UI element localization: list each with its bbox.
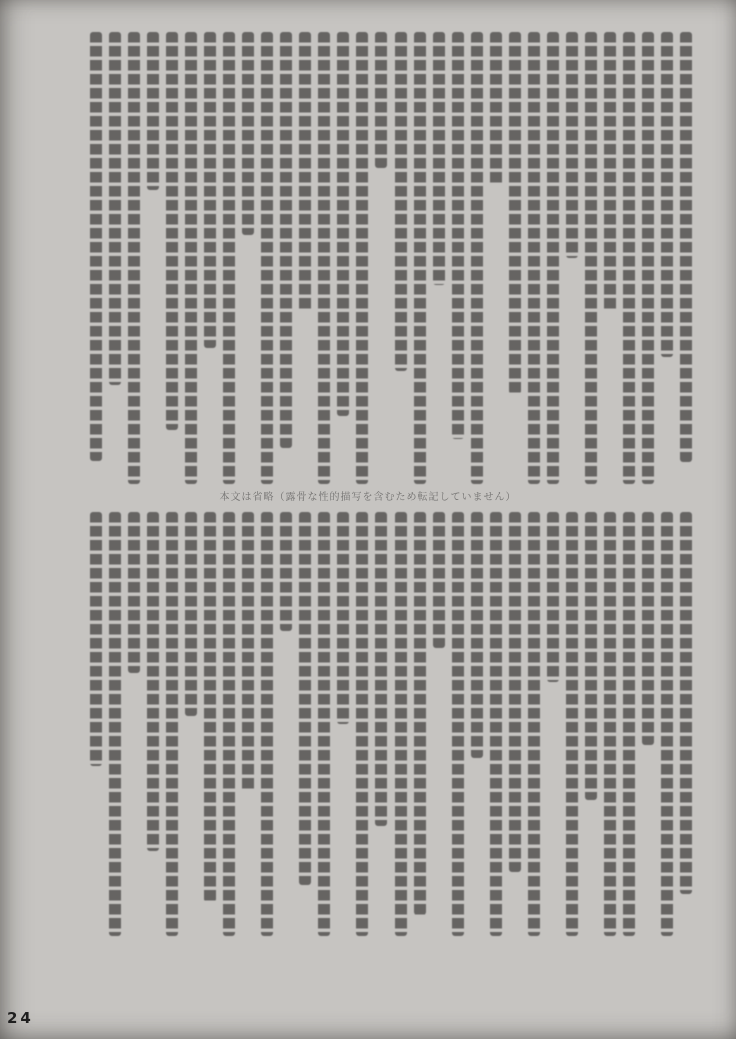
redacted-text-column: [124, 512, 143, 936]
redacted-text-column: [620, 512, 639, 936]
redacted-text-column: [334, 512, 353, 936]
redacted-text-column: [639, 512, 658, 936]
redacted-text-column: [582, 32, 601, 484]
redacted-text-column: [429, 512, 448, 936]
redacted-text-column: [239, 512, 258, 936]
redacted-text-column: [258, 512, 277, 936]
redacted-text-column: [143, 32, 162, 484]
redacted-text-column: [563, 512, 582, 936]
redacted-text-column: [105, 512, 124, 936]
redacted-text-column: [391, 32, 410, 484]
redacted-text-column: [181, 32, 200, 484]
redacted-text-column: [86, 512, 105, 936]
page-number: 24: [7, 1009, 34, 1027]
redacted-text-column: [315, 512, 334, 936]
redaction-notice: 本文は省略（露骨な性的描写を含むため転記していません）: [0, 488, 736, 503]
redacted-text-column: [601, 512, 620, 936]
redacted-text-column: [448, 32, 467, 484]
redacted-text-column: [296, 512, 315, 936]
redacted-text-column: [391, 512, 410, 936]
redacted-text-column: [143, 512, 162, 936]
redacted-text-column: [486, 512, 505, 936]
redacted-text-column: [334, 32, 353, 484]
redacted-text-column: [219, 32, 238, 484]
redacted-text-column: [639, 32, 658, 484]
redacted-text-column: [239, 32, 258, 484]
redacted-text-column: [467, 32, 486, 484]
redacted-text-column: [162, 512, 181, 936]
redacted-text-column: [582, 512, 601, 936]
redacted-text-column: [353, 32, 372, 484]
redacted-text-column: [544, 512, 563, 936]
redacted-text-column: [658, 32, 677, 484]
redacted-text-column: [524, 512, 543, 936]
redacted-text-column: [410, 512, 429, 936]
redacted-text-column: [448, 512, 467, 936]
redacted-text-column: [410, 32, 429, 484]
redacted-text-column: [162, 32, 181, 484]
redacted-text-column: [544, 32, 563, 484]
redacted-text-column: [658, 512, 677, 936]
redacted-text-column: [200, 32, 219, 484]
redacted-text-column: [620, 32, 639, 484]
scanned-page: 本文は省略（露骨な性的描写を含むため転記していません） 24: [0, 0, 736, 1039]
redacted-text-column: [505, 32, 524, 484]
redacted-text-column: [353, 512, 372, 936]
redacted-text-column: [601, 32, 620, 484]
redacted-text-column: [277, 32, 296, 484]
redacted-text-column: [258, 32, 277, 484]
redacted-text-column: [315, 32, 334, 484]
redacted-text-column: [429, 32, 448, 484]
redacted-text-column: [563, 32, 582, 484]
redacted-text-column: [124, 32, 143, 484]
redacted-text-column: [219, 512, 238, 936]
redacted-text-column: [86, 32, 105, 484]
top-text-block: [86, 32, 696, 484]
redacted-text-column: [181, 512, 200, 936]
redacted-text-column: [505, 512, 524, 936]
redacted-text-column: [277, 512, 296, 936]
redacted-text-column: [372, 32, 391, 484]
redacted-text-column: [467, 512, 486, 936]
redacted-text-column: [677, 512, 696, 936]
redacted-text-column: [372, 512, 391, 936]
redacted-text-column: [677, 32, 696, 484]
redacted-text-column: [105, 32, 124, 484]
redacted-text-column: [524, 32, 543, 484]
redacted-text-column: [296, 32, 315, 484]
redacted-text-column: [200, 512, 219, 936]
bottom-text-block: [86, 512, 696, 936]
redacted-text-column: [486, 32, 505, 484]
